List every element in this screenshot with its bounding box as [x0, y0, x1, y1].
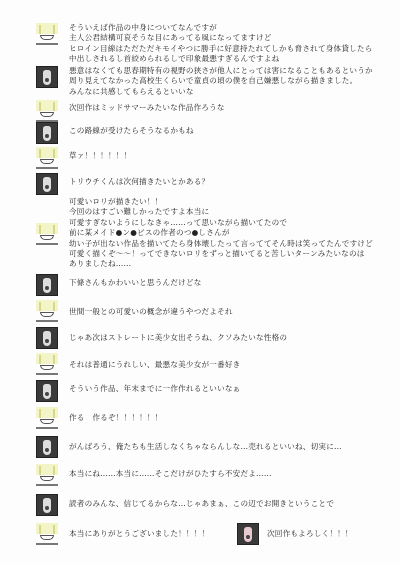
- blonde-character-avatar: [36, 353, 58, 375]
- message-3: 次回作はミッドサマーみたいな作品作ろうな: [36, 100, 225, 122]
- blonde-character-avatar: [36, 223, 58, 245]
- blonde-character-avatar: [36, 23, 58, 45]
- blonde-character-avatar: [36, 464, 58, 486]
- message-text: 次回作もよろしく！！！: [267, 529, 353, 539]
- message-14: がんばろう、俺たちも生活しなくちゃならんしな…売れるといいね、切実に…: [36, 436, 342, 458]
- message-text: 読者のみんな、信じてるからな…じゃあまぁ、この辺でお開きということで: [69, 499, 334, 509]
- message-7: 可愛いロリが描きたい！！ 今回のはすごい難しかったですよ本当に 可愛すぎないよう…: [36, 197, 373, 270]
- message-16: 読者のみんな、信じてるからな…じゃあまぁ、この辺でお開きということで: [36, 494, 334, 516]
- dark-character-avatar: [36, 274, 58, 296]
- message-10: じゃあ次はストレートに美少女出そうね、クソみたいな性格の: [36, 327, 287, 349]
- dark-character-avatar: [36, 122, 58, 144]
- message-text: 本当にありがとうございました！！！！: [69, 529, 209, 539]
- message-12: そういう作品、年末までに一作作れるといいなぁ: [36, 380, 240, 402]
- blonde-character-avatar: [36, 407, 58, 429]
- message-6: トリウチくんは次何描きたいとかある？: [36, 173, 209, 195]
- message-text: 作る 作るぞ！！！！！！: [69, 413, 163, 423]
- dark-character-avatar: [36, 380, 58, 402]
- dark-character-avatar: [36, 436, 58, 458]
- message-2: 悪意はなくても思春期特有の視野の狭さが他人にとっては害になることもあるというか …: [36, 66, 373, 97]
- message-text: 世間一般との可愛いの概念が違うやつだよそれ: [69, 307, 233, 317]
- dark-character-avatar: [36, 494, 58, 516]
- message-text: そういう作品、年末までに一作作れるといいなぁ: [69, 384, 240, 394]
- message-text: この路線が受けたらそうなるかもね: [69, 126, 194, 136]
- message-11: それは普通にうれしい、最悪な美少女が一番好き: [36, 353, 240, 375]
- message-text: 悪意はなくても思春期特有の視野の狭さが他人にとっては害になることもあるというか …: [69, 66, 373, 97]
- message-text: そういえば作品の中身についてなんですが 主人公君結構可哀そうな目にあってる風にな…: [69, 23, 373, 65]
- message-text: 可愛いロリが描きたい！！ 今回のはすごい難しかったですよ本当に 可愛すぎないよう…: [69, 197, 373, 270]
- message-9: 世間一般との可愛いの概念が違うやつだよそれ: [36, 300, 233, 322]
- message-text: じゃあ次はストレートに美少女出そうね、クソみたいな性格の: [69, 333, 287, 343]
- message-8: 下條さんもかわいいと思うんだけどな: [36, 274, 202, 296]
- message-15: 本当にね……本当に……そこだけがひたすら不安だよ……: [36, 464, 272, 486]
- blonde-character-avatar: [36, 300, 58, 322]
- message-text: 本当にね……本当に……そこだけがひたすら不安だよ……: [69, 469, 272, 479]
- message-text: がんばろう、俺たちも生活しなくちゃならんしな…売れるといいね、切実に…: [69, 442, 342, 452]
- blonde-character-avatar: [36, 147, 58, 169]
- message-text: 草ァ！！！！！！: [69, 151, 131, 161]
- message-text: 下條さんもかわいいと思うんだけどな: [69, 278, 202, 288]
- blonde-character-avatar: [36, 523, 58, 545]
- message-4: この路線が受けたらそうなるかもね: [36, 122, 194, 144]
- message-13: 作る 作るぞ！！！！！！: [36, 407, 163, 429]
- message-text: 次回作はミッドサマーみたいな作品作ろうな: [69, 103, 225, 113]
- message-1: そういえば作品の中身についてなんですが 主人公君結構可哀そうな目にあってる風にな…: [36, 23, 373, 65]
- message-17: 本当にありがとうございました！！！！: [36, 523, 209, 545]
- dark-character-avatar: [237, 523, 259, 545]
- message-5: 草ァ！！！！！！: [36, 147, 131, 169]
- message-text: トリウチくんは次何描きたいとかある？: [69, 177, 209, 187]
- dark-character-avatar: [36, 173, 58, 195]
- dark-character-avatar: [36, 327, 58, 349]
- message-18: 次回作もよろしく！！！: [237, 523, 353, 545]
- message-text: それは普通にうれしい、最悪な美少女が一番好き: [69, 360, 240, 370]
- blonde-character-avatar: [36, 100, 58, 122]
- dark-character-avatar: [36, 66, 58, 88]
